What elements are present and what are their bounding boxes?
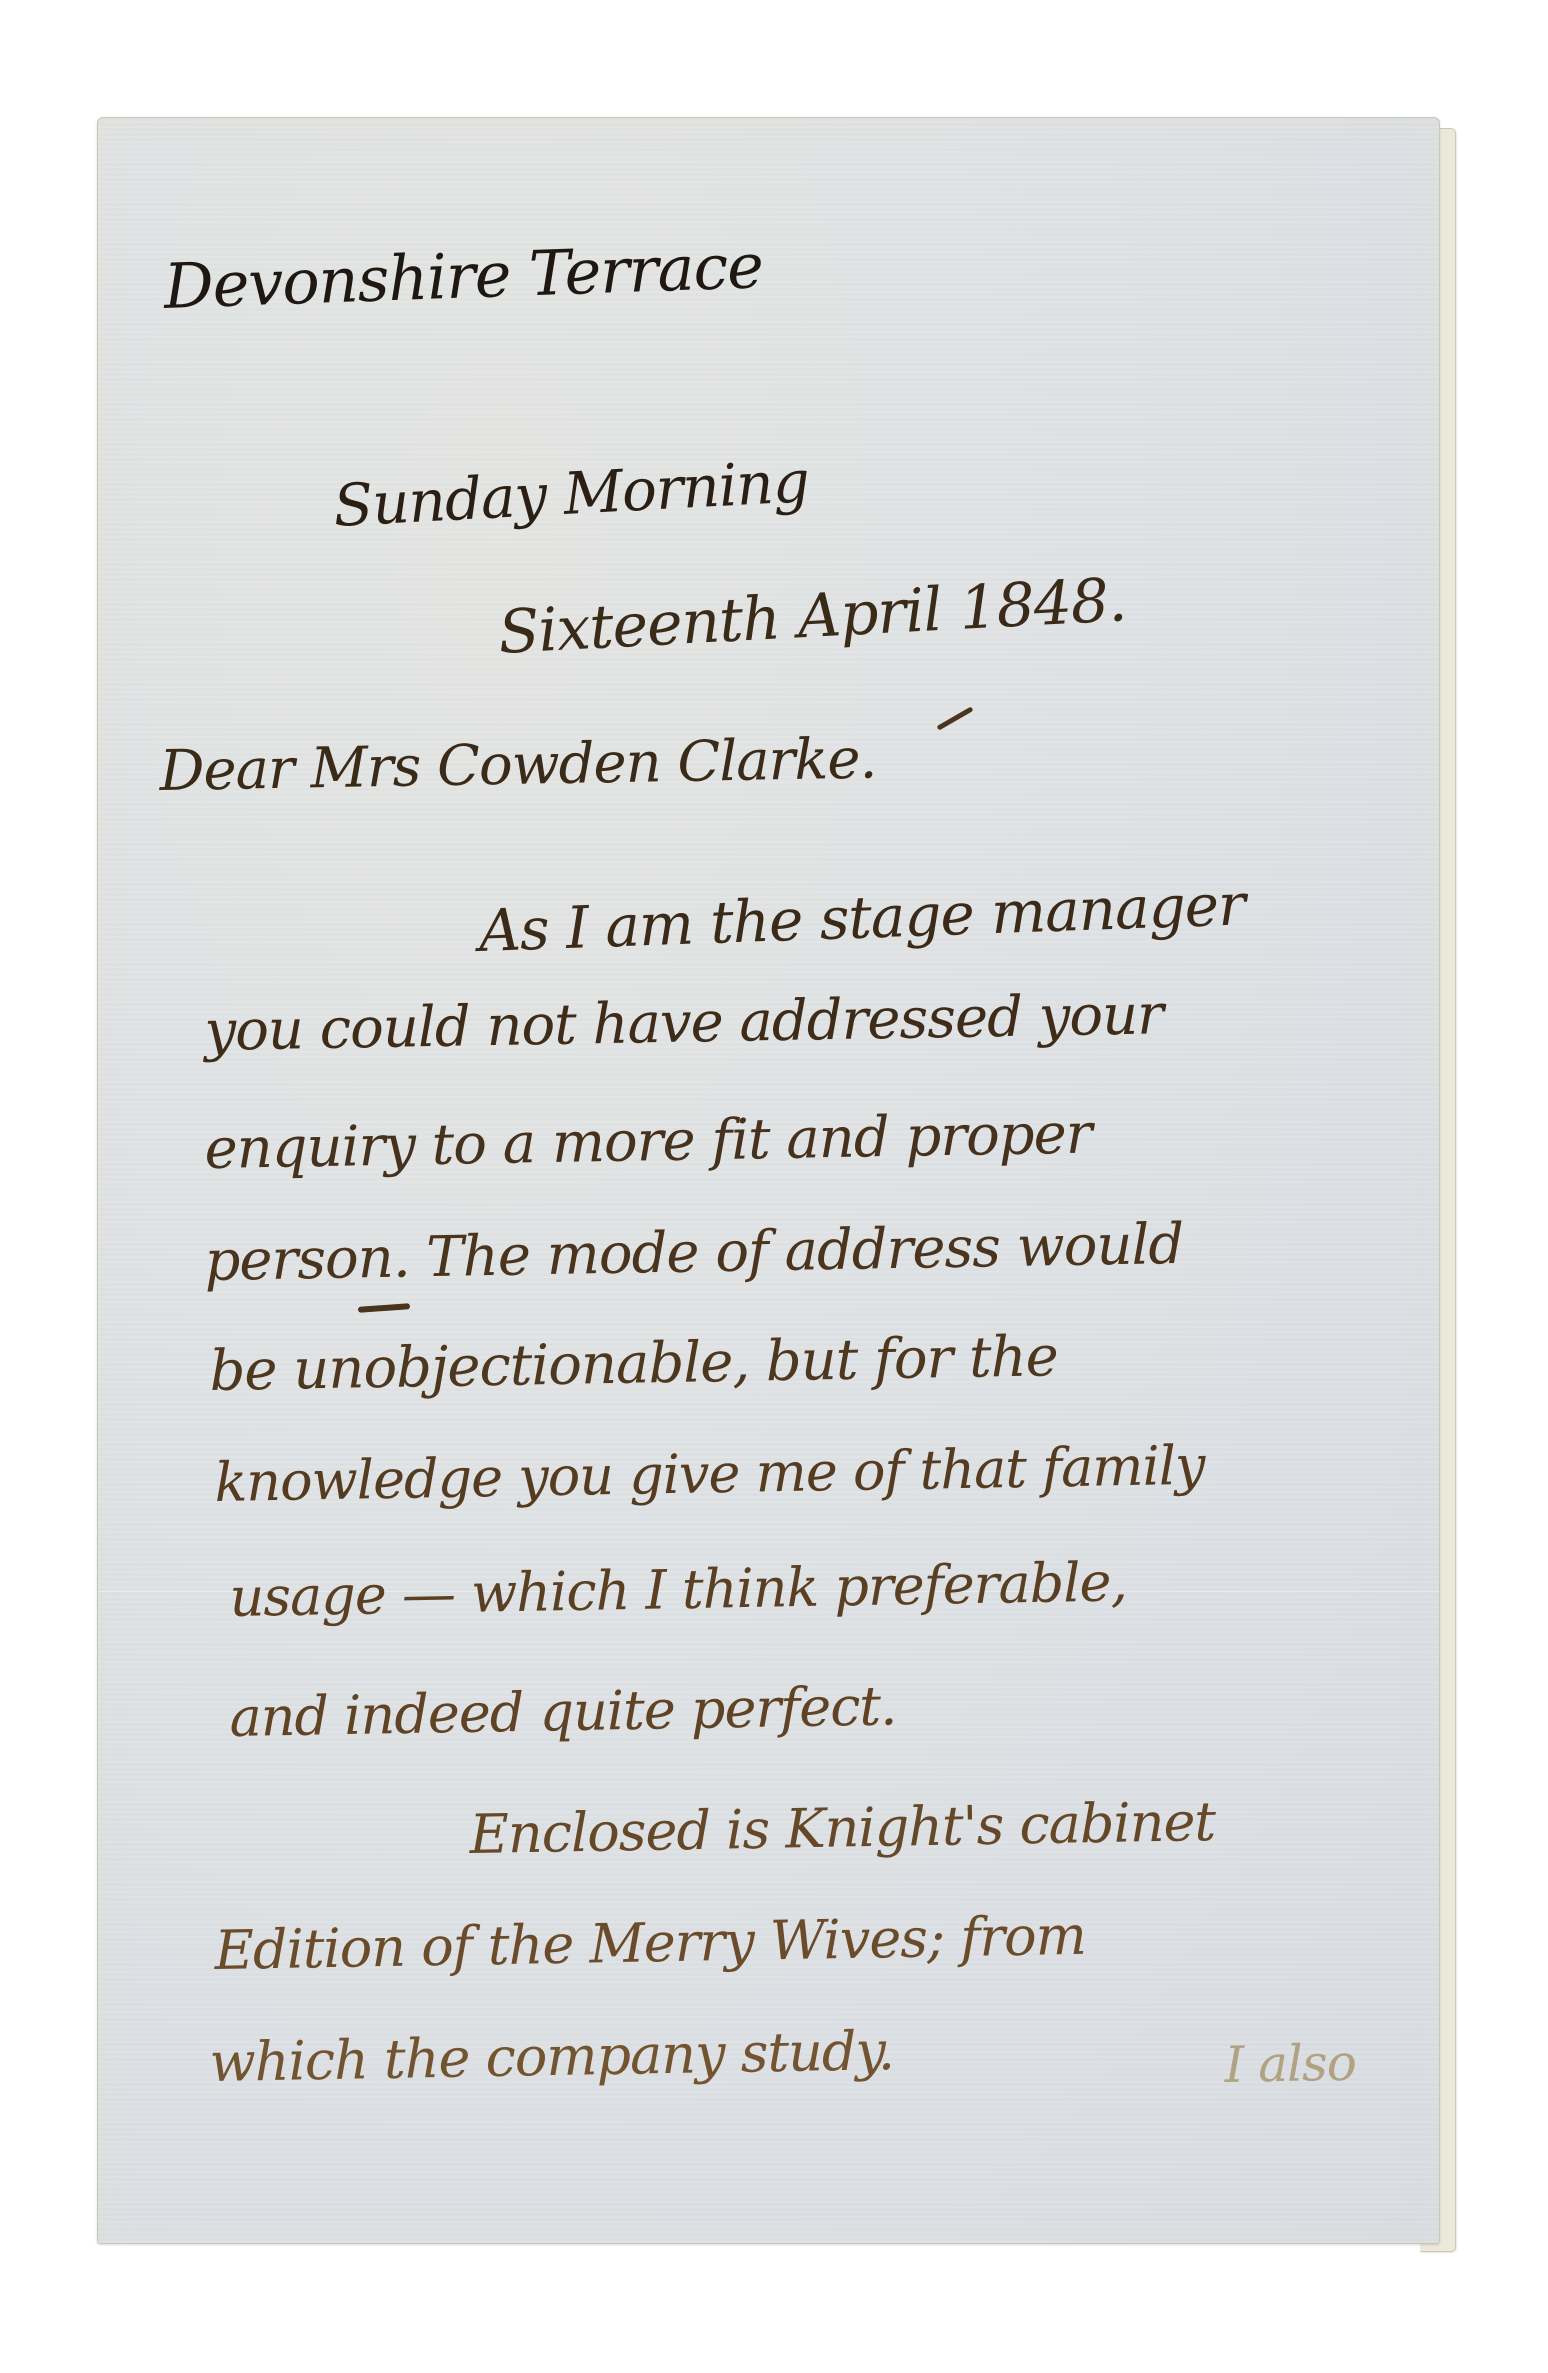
letter-body-line: be unobjectionable, but for the <box>209 1329 1058 1400</box>
letter-body-line: Edition of the Merry Wives; from <box>214 1909 1086 1978</box>
letter-body-line: usage — which I think preferable, <box>229 1555 1127 1625</box>
letter-body-line: enquiry to a more fit and proper <box>204 1107 1092 1178</box>
letter-body-line: you could not have addressed your <box>204 987 1163 1060</box>
letter-body-line-faded: I also <box>1224 2038 1356 2090</box>
letter-body-line: person. The mode of address would <box>204 1217 1184 1290</box>
letter-body-line: and indeed quite perfect. <box>229 1679 897 1745</box>
letter-salutation: Dear Mrs Cowden Clarke. <box>159 731 877 800</box>
letter-body-line: Enclosed is Knight's cabinet <box>469 1795 1215 1862</box>
letter-body-line: knowledge you give me of that family <box>214 1439 1205 1510</box>
scan-background: Devonshire Terrace Sunday Morning Sixtee… <box>0 0 1548 2373</box>
letter-body-line: which the company study. <box>209 2024 894 2090</box>
